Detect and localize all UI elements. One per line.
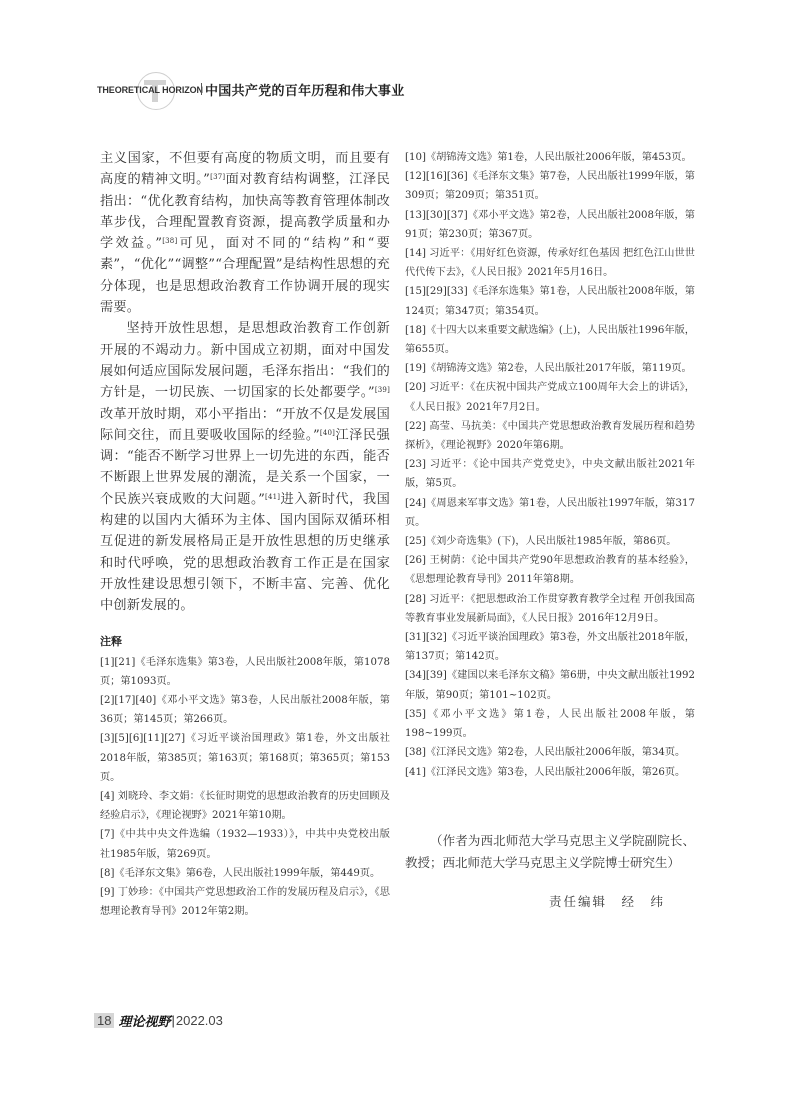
note-item: [18]《十四大以来重要文献选编》(上)，人民出版社1996年版，第655页。 [405,321,695,359]
note-item: [4] 刘晓玲、李文娟：《长征时期党的思想政治教育的历史回顾及经验启示》，《理论… [100,787,390,825]
page-footer: 18 理论视野 | 2022.03 [94,1011,223,1029]
note-item: [15][29][33]《毛泽东选集》第1卷，人民出版社2008年版，第124页… [405,282,695,320]
citation-marker: [38] [162,237,177,245]
citation-marker: [41] [265,493,280,501]
note-item: [12][16][36]《毛泽东文集》第7卷，人民出版社1999年版，第309页… [405,167,695,205]
note-item: [31][32]《习近平谈治国理政》第3卷，外文出版社2018年版，第137页；… [405,628,695,666]
responsible-editor: 责任编辑 经 纬 [405,892,695,910]
section-title: 中国共产党的百年历程和伟大事业 [205,80,405,99]
note-item: [14] 习近平：《用好红色资源，传承好红色基因 把红色江山世世代代传下去》，《… [405,244,695,282]
page-number: 18 [94,1013,114,1028]
note-item: [25]《刘少奇选集》(下)，人民出版社1985年版，第86页。 [405,532,695,551]
note-item: [8]《毛泽东文集》第6卷，人民出版社1999年版，第449页。 [100,864,390,883]
note-item: [38]《江泽民文选》第2卷，人民出版社2006年版，第34页。 [405,743,695,762]
citation-marker: [40] [320,429,335,437]
note-item: [28] 习近平：《把思想政治工作贯穿教育教学全过程 开创我国高等教育事业发展新… [405,590,695,628]
note-item: [10]《胡锦涛文选》第1卷，人民出版社2006年版，第453页。 [405,148,695,167]
page-header: THEORETICAL HORIZON 中国共产党的百年历程和伟大事业 [97,70,417,110]
citation-marker: [37] [210,173,225,181]
note-item: [9] 丁妙珍：《中国共产党思想政治工作的发展历程及启示》，《思想理论教育导刊》… [100,883,390,921]
note-item: [34][39]《建国以来毛泽东文稿》第6册，中央文献出版社1992年版，第90… [405,666,695,704]
notes-list-right: [10]《胡锦涛文选》第1卷，人民出版社2006年版，第453页。 [12][1… [405,148,695,782]
note-item: [1][21]《毛泽东选集》第3卷，人民出版社2008年版，第1078页；第10… [100,653,390,691]
note-item: [19]《胡锦涛文选》第2卷，人民出版社2017年版，第119页。 [405,359,695,378]
body-paragraph-2: 坚持开放性思想，是思想政治教育工作创新开展的不竭动力。新中国成立初期，面对中国发… [100,318,390,616]
note-item: [23] 习近平：《论中国共产党党史》，中央文献出版社2021年版，第5页。 [405,455,695,493]
right-column: [10]《胡锦涛文选》第1卷，人民出版社2006年版，第453页。 [12][1… [405,148,695,910]
note-item: [35]《邓小平文选》第1卷，人民出版社2008年版，第198~199页。 [405,705,695,743]
note-item: [7]《中共中央文件选编（1932—1933）》，中共中央党校出版社1985年版… [100,825,390,863]
note-item: [24]《周恩来军事文选》第1卷，人民出版社1997年版，第317页。 [405,494,695,532]
note-item: [13][30][37]《邓小平文选》第2卷，人民出版社2008年版，第91页；… [405,206,695,244]
note-item: [20] 习近平：《在庆祝中国共产党成立100周年大会上的讲话》，《人民日报》2… [405,378,695,416]
journal-logo-text: THEORETICAL HORIZON [97,85,203,95]
note-item: [22] 高莹、马抗美：《中国共产党思想政治教育发展历程和趋势探析》，《理论视野… [405,417,695,455]
note-item: [41]《江泽民文选》第3卷，人民出版社2006年版，第26页。 [405,763,695,782]
issue-number: 2022.03 [176,1013,223,1028]
note-item: [26] 王树荫：《论中国共产党90年思想政治教育的基本经验》，《思想理论教育导… [405,551,695,589]
citation-marker: [39] [375,386,390,394]
notes-heading: 注释 [100,633,390,649]
author-affiliation: （作者为西北师范大学马克思主义学院副院长、教授；西北师范大学马克思主义学院博士研… [405,830,695,874]
left-column: 主义国家，不但要有高度的物质文明，而且要有高度的精神文明。”[37]面对教育结构… [100,148,390,921]
body-paragraph-1: 主义国家，不但要有高度的物质文明，而且要有高度的精神文明。”[37]面对教育结构… [100,148,390,318]
note-item: [3][5][6][11][27]《习近平谈治国理政》第1卷，外文出版社2018… [100,729,390,787]
notes-list-left: [1][21]《毛泽东选集》第3卷，人民出版社2008年版，第1078页；第10… [100,653,390,922]
note-item: [2][17][40]《邓小平文选》第3卷，人民出版社2008年版，第36页；第… [100,691,390,729]
footer-separator: | [171,1013,174,1028]
journal-name: 理论视野 [118,1011,170,1030]
header-divider [201,83,202,95]
